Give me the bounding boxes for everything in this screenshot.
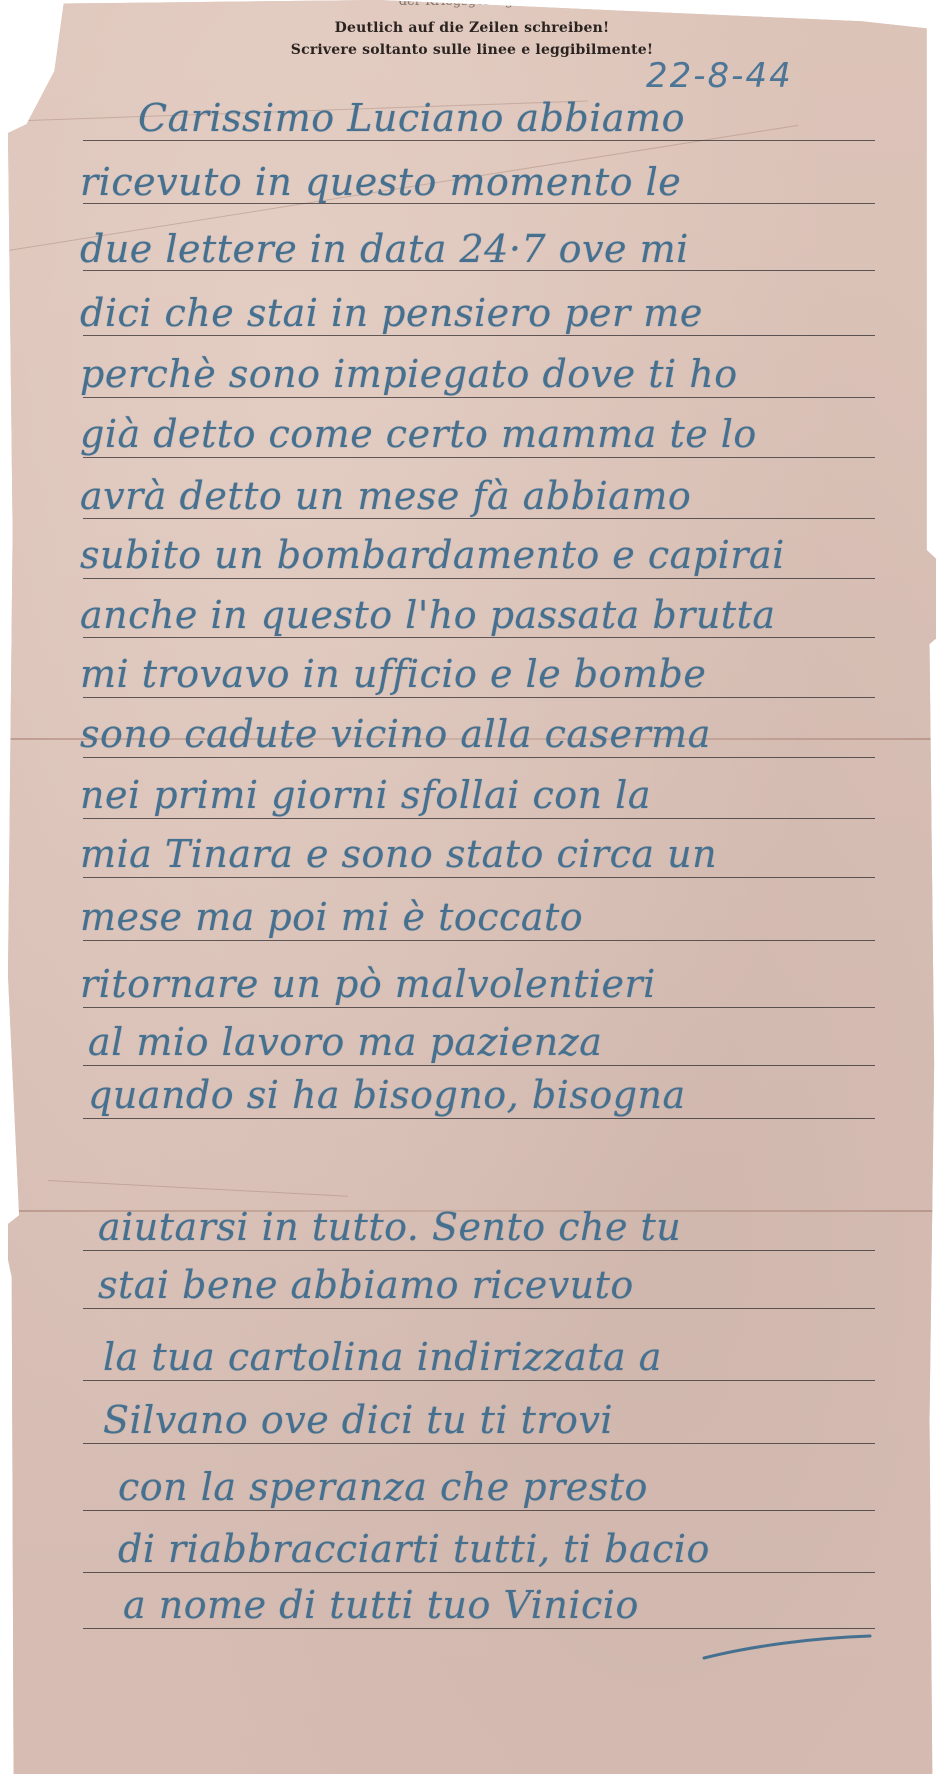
signature-underline-flourish xyxy=(702,1634,872,1660)
ruled-line xyxy=(83,457,875,458)
handwritten-line: Silvano ove dici tu ti trovi xyxy=(103,1398,613,1442)
handwritten-line: al mio lavoro ma pazienza xyxy=(88,1020,602,1064)
handwritten-line: la tua cartolina indirizzata a xyxy=(103,1335,662,1379)
paper-crease xyxy=(48,1180,348,1197)
ruled-line xyxy=(83,1065,875,1066)
handwritten-line: perchè sono impiegato dove ti ho xyxy=(80,352,738,396)
handwritten-line: sono cadute vicino alla caserma xyxy=(80,712,711,756)
ruled-line xyxy=(83,637,875,638)
ruled-line xyxy=(83,877,875,878)
ruled-line xyxy=(83,1510,875,1511)
ruled-line xyxy=(83,518,875,519)
ruled-line xyxy=(83,1118,875,1119)
ruled-line xyxy=(83,1572,875,1573)
ruled-line xyxy=(83,940,875,941)
handwritten-line: anche in questo l'ho passata brutta xyxy=(80,593,776,637)
ruled-line xyxy=(83,757,875,758)
ruled-line xyxy=(83,1250,875,1251)
header-instruction-italian: Scrivere soltanto sulle linee e leggibil… xyxy=(8,42,936,58)
handwritten-line: dici che stai in pensiero per me xyxy=(80,291,703,335)
ruled-line xyxy=(83,397,875,398)
ruled-line xyxy=(83,1628,875,1629)
handwritten-line: a nome di tutti tuo Vinicio xyxy=(123,1583,639,1627)
handwritten-line: mia Tinara e sono stato circa un xyxy=(80,832,717,876)
handwritten-line: avrà detto un mese fà abbiamo xyxy=(80,474,691,518)
handwritten-line: ricevuto in questo momento le xyxy=(80,160,681,204)
ruled-line xyxy=(83,697,875,698)
ruled-line xyxy=(83,818,875,819)
handwritten-line: due lettere in data 24·7 ove mi xyxy=(80,227,689,271)
ruled-line xyxy=(83,1007,875,1008)
handwritten-line: con la speranza che presto xyxy=(118,1465,648,1509)
header-instruction-german: Deutlich auf die Zeilen schreiben! xyxy=(8,20,936,36)
handwritten-line: quando si ha bisogno, bisogna xyxy=(88,1073,686,1117)
ruled-line xyxy=(83,335,875,336)
letter-sheet: der Kriegsgefangenen Deutlich auf die Ze… xyxy=(8,0,936,1774)
letter-date: 22-8-44 xyxy=(646,56,793,96)
handwritten-line: già detto come certo mamma te lo xyxy=(80,412,757,456)
handwritten-line: mese ma poi mi è toccato xyxy=(80,895,583,939)
handwritten-line: nei primi giorni sfollai con la xyxy=(80,773,651,817)
ruled-line xyxy=(83,1380,875,1381)
handwritten-line: mi trovavo in ufficio e le bombe xyxy=(80,652,706,696)
handwritten-line: Carissimo Luciano abbiamo xyxy=(138,96,685,140)
handwritten-line: stai bene abbiamo ricevuto xyxy=(98,1263,634,1307)
handwritten-line: ritornare un pò malvolentieri xyxy=(80,962,656,1006)
ruled-line xyxy=(83,578,875,579)
ruled-line xyxy=(83,1443,875,1444)
header-cut-text: der Kriegsgefangenen xyxy=(8,0,936,9)
ruled-line xyxy=(83,140,875,141)
ruled-line xyxy=(83,1308,875,1309)
handwritten-line: di riabbracciarti tutti, ti bacio xyxy=(118,1527,710,1571)
handwritten-line: aiutarsi in tutto. Sento che tu xyxy=(98,1205,681,1249)
handwritten-line: subito un bombardamento e capirai xyxy=(80,533,785,577)
